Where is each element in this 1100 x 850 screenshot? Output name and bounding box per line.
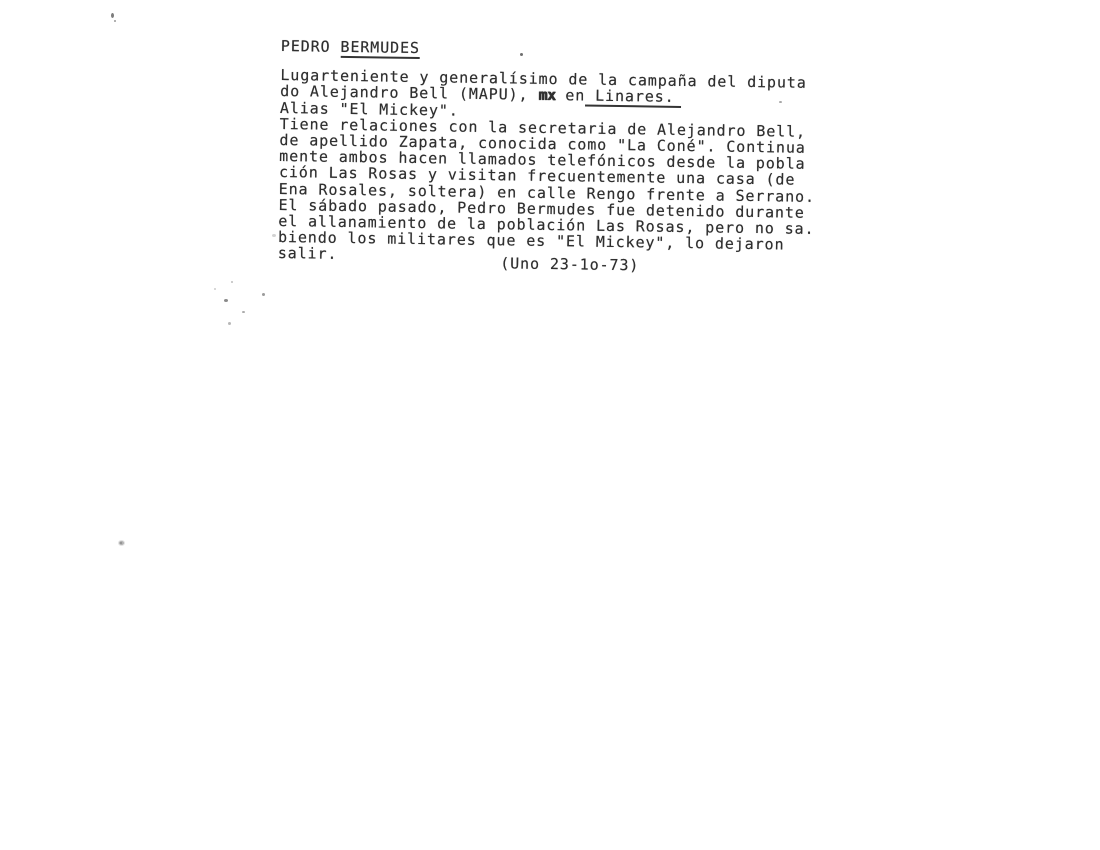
title-underlined-surname: BERMUDES — [340, 38, 420, 59]
scan-speck — [779, 101, 782, 103]
line-segment: en — [555, 86, 585, 104]
overstruck-correction: mx — [538, 86, 555, 104]
scan-speck — [111, 13, 114, 18]
typewritten-text-block: PEDRO BERMUDES Lugarteniente y generalís… — [278, 38, 901, 271]
source-citation: (Uno 23-1o-73) — [500, 256, 639, 274]
scan-speck — [520, 53, 523, 56]
title-plain: PEDRO — [281, 37, 341, 56]
scan-speck — [120, 542, 122, 544]
scan-speck — [214, 288, 216, 290]
document-title: PEDRO BERMUDES — [281, 38, 901, 63]
scan-speck — [228, 322, 231, 325]
scanned-document-page: PEDRO BERMUDES Lugarteniente y generalís… — [0, 0, 1100, 850]
scan-speck — [224, 299, 228, 302]
line-segment: salir. — [278, 244, 338, 263]
underlined-place-name: Linares. — [585, 87, 682, 108]
scan-speck — [242, 311, 245, 313]
scan-speck — [272, 234, 276, 237]
scan-speck — [114, 20, 116, 22]
scan-speck — [231, 281, 233, 283]
scan-speck — [262, 293, 265, 296]
